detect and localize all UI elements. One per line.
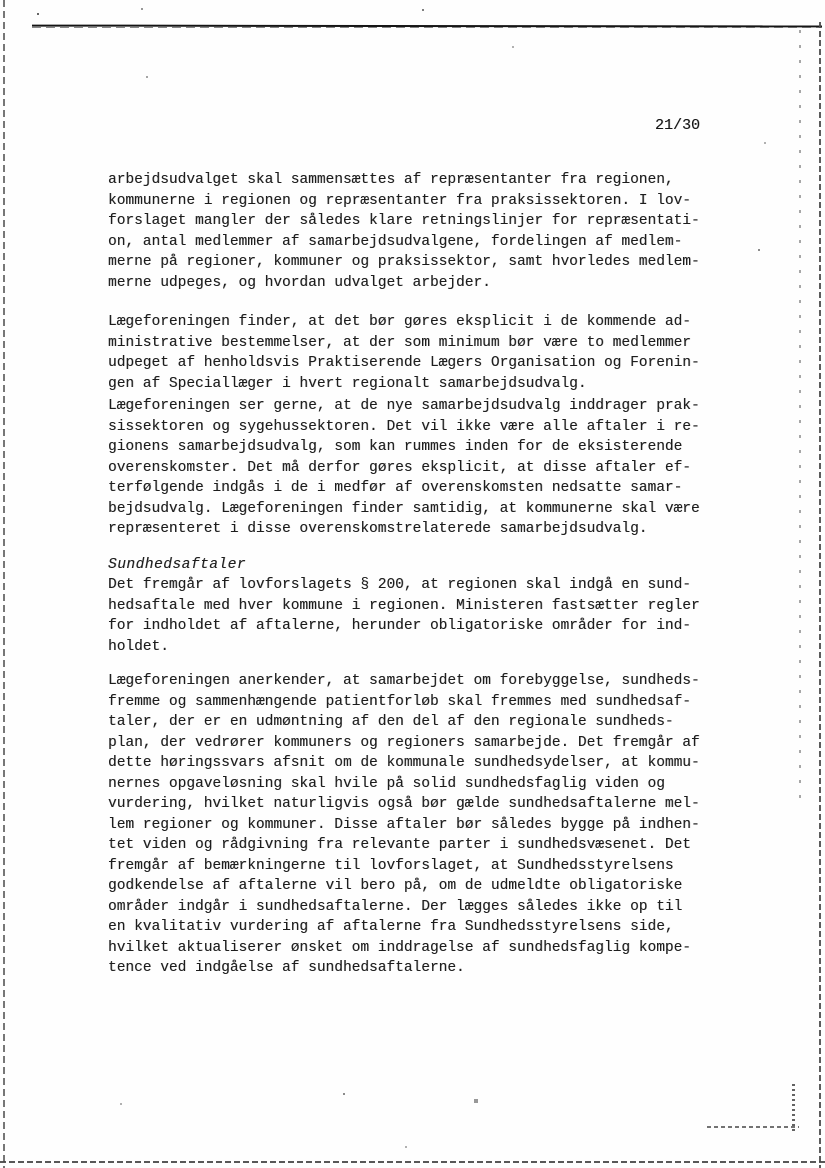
text-line: on, antal medlemmer af samarbejdsudvalge… xyxy=(108,232,733,253)
scanned-document-page: 21/30 arbejdsudvalget skal sammensættes … xyxy=(0,0,825,1168)
scan-right-edge-line xyxy=(819,22,821,1168)
text-line: vurdering, hvilket naturligvis også bør … xyxy=(108,794,733,815)
text-line: taler, der er en udmøntning af den del a… xyxy=(108,712,733,733)
text-line: hvilket aktualiserer ønsket om inddragel… xyxy=(108,938,733,959)
paragraph-health-agreements-law: Det fremgår af lovforslagets § 200, at r… xyxy=(108,575,733,657)
document-body: arbejdsudvalget skal sammensættes af rep… xyxy=(108,170,733,979)
text-line: for indholdet af aftalerne, herunder obl… xyxy=(108,616,733,637)
text-line: godkendelse af aftalerne vil bero på, om… xyxy=(108,876,733,897)
text-line: Det fremgår af lovforslagets § 200, at r… xyxy=(108,575,733,596)
section-heading-sundhedsaftaler: Sundhedsaftaler xyxy=(108,555,733,576)
scan-noise-speckles xyxy=(0,0,2,2)
scan-left-edge-line xyxy=(3,0,5,1168)
text-line: holdet. xyxy=(108,637,733,658)
text-line: sissektoren og sygehussektoren. Det vil … xyxy=(108,417,733,438)
text-line: repræsenteret i disse overenskomstrelate… xyxy=(108,519,733,540)
text-line: overenskomster. Det må derfor gøres eksp… xyxy=(108,458,733,479)
text-line: Lægeforeningen anerkender, at samarbejde… xyxy=(108,671,733,692)
text-line: merne udpeges, og hvordan udvalget arbej… xyxy=(108,273,733,294)
scan-top-edge-fuzz xyxy=(32,27,822,28)
page-number: 21/30 xyxy=(655,117,700,134)
text-line: lem regioner og kommuner. Disse aftaler … xyxy=(108,815,733,836)
text-line: tet viden og rådgivning fra relevante pa… xyxy=(108,835,733,856)
scan-inner-right-edge-line xyxy=(799,30,801,810)
text-line: terfølgende indgås i de i medfør af over… xyxy=(108,478,733,499)
text-line: plan, der vedrører kommuners og regioner… xyxy=(108,733,733,754)
text-line: Lægeforeningen ser gerne, at de nye sama… xyxy=(108,396,733,417)
text-line: områder indgår i sundhedsaftalerne. Der … xyxy=(108,897,733,918)
text-line: dette høringssvars afsnit om de kommunal… xyxy=(108,753,733,774)
text-line: fremgår af bemærkningerne til lovforslag… xyxy=(108,856,733,877)
text-line: Lægeforeningen finder, at det bør gøres … xyxy=(108,312,733,333)
text-line: gen af Speciallæger i hvert regionalt sa… xyxy=(108,374,733,395)
text-line: bejdsudvalg. Lægeforeningen finder samti… xyxy=(108,499,733,520)
paragraph-health-agreements-position: Lægeforeningen anerkender, at samarbejde… xyxy=(108,671,733,979)
text-line: fremme og sammenhængende patientforløb s… xyxy=(108,692,733,713)
text-line: nernes opgaveløsning skal hvile på solid… xyxy=(108,774,733,795)
text-line: kommunerne i regionen og repræsentanter … xyxy=(108,191,733,212)
scan-bottom-right-speckles xyxy=(792,1084,795,1132)
text-line: forslaget mangler der således klare retn… xyxy=(108,211,733,232)
paragraph-sector-involvement: Lægeforeningen ser gerne, at de nye sama… xyxy=(108,396,733,540)
text-line: gionens samarbejdsudvalg, som kan rummes… xyxy=(108,437,733,458)
text-line: udpeget af henholdsvis Praktiserende Læg… xyxy=(108,353,733,374)
text-line: arbejdsudvalget skal sammensættes af rep… xyxy=(108,170,733,191)
scan-bottom-right-dash xyxy=(707,1126,799,1128)
text-line: tence ved indgåelse af sundhedsaftalerne… xyxy=(108,958,733,979)
text-line: hedsaftale med hver kommune i regionen. … xyxy=(108,596,733,617)
text-line: ministrative bestemmelser, at der som mi… xyxy=(108,333,733,354)
text-line: en kvalitativ vurdering af aftalerne fra… xyxy=(108,917,733,938)
paragraph-committee-composition: arbejdsudvalget skal sammensættes af rep… xyxy=(108,170,733,293)
text-line: merne på regioner, kommuner og praksisse… xyxy=(108,252,733,273)
scan-bottom-edge-line xyxy=(0,1161,825,1163)
paragraph-minimum-members: Lægeforeningen finder, at det bør gøres … xyxy=(108,312,733,394)
